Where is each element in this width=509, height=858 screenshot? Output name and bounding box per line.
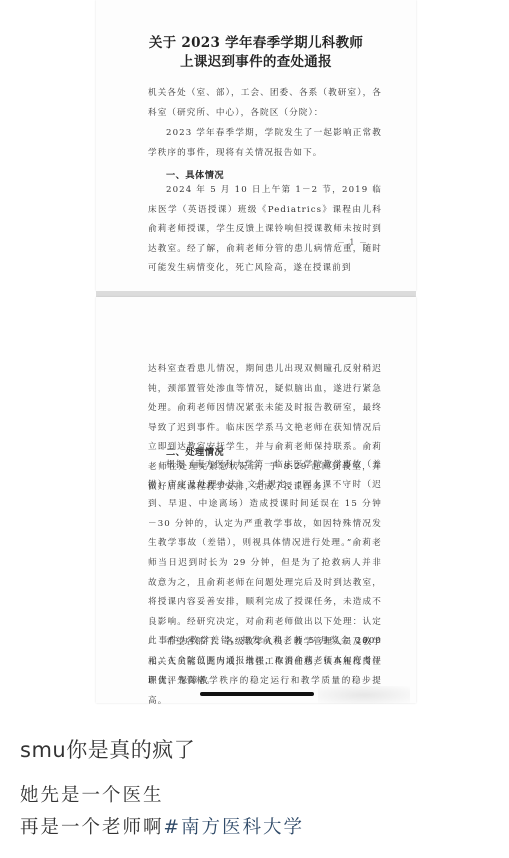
document-title-line-2: 上课迟到事件的查处通报 bbox=[96, 53, 416, 72]
document-title-line-1: 关于 2023 学年春季学期儿科教师 bbox=[96, 34, 416, 53]
hashtag-link[interactable]: #南方医科大学 bbox=[164, 817, 305, 838]
document-page-1: 关于 2023 学年春季学期儿科教师 上课迟到事件的查处通报 机关各处（室、部）… bbox=[96, 0, 416, 291]
home-indicator bbox=[200, 692, 314, 696]
document-screenshot: 关于 2023 学年春季学期儿科教师 上课迟到事件的查处通报 机关各处（室、部）… bbox=[0, 0, 509, 707]
image-smudge bbox=[318, 686, 410, 704]
document-page-2: 达科室查看患儿情况，期间患儿出现双侧瞳孔反射稍迟钝，颈部置管处渗血等情况，疑似脑… bbox=[96, 297, 416, 703]
section-1-text: 2024 年 5 月 10 日上午第 1－2 节，2019 临床医学（英语授课）… bbox=[148, 185, 382, 273]
addressee-text: 机关各处（室、部），工会、团委、各系（教研室），各科室（研究所、中心），各院区（… bbox=[148, 88, 382, 118]
page-number: － 1 － bbox=[337, 237, 368, 248]
post-caption-text: 再是一个老师啊 bbox=[20, 817, 164, 838]
section-1-heading: 一、具体情况 bbox=[166, 167, 224, 181]
post-caption-line-2: 她先是一个医生 bbox=[20, 781, 164, 807]
post-caption-line-3: 再是一个老师啊#南方医科大学 bbox=[20, 813, 304, 839]
post-caption-line-1: smu你是真的疯了 bbox=[20, 734, 195, 764]
section-1-paragraph: 2024 年 5 月 10 日上午第 1－2 节，2019 临床医学（英语授课）… bbox=[148, 181, 382, 279]
intro-paragraph: 2023 学年春季学期，学院发生了一起影响正常教学秩序的事件，现将有关情况报告如… bbox=[148, 124, 382, 163]
intro-text: 2023 学年春季学期，学院发生了一起影响正常教学秩序的事件，现将有关情况报告如… bbox=[148, 128, 382, 158]
addressee-paragraph: 机关各处（室、部），工会、团委、各系（教研室），各科室（研究所、中心），各院区（… bbox=[148, 84, 382, 123]
